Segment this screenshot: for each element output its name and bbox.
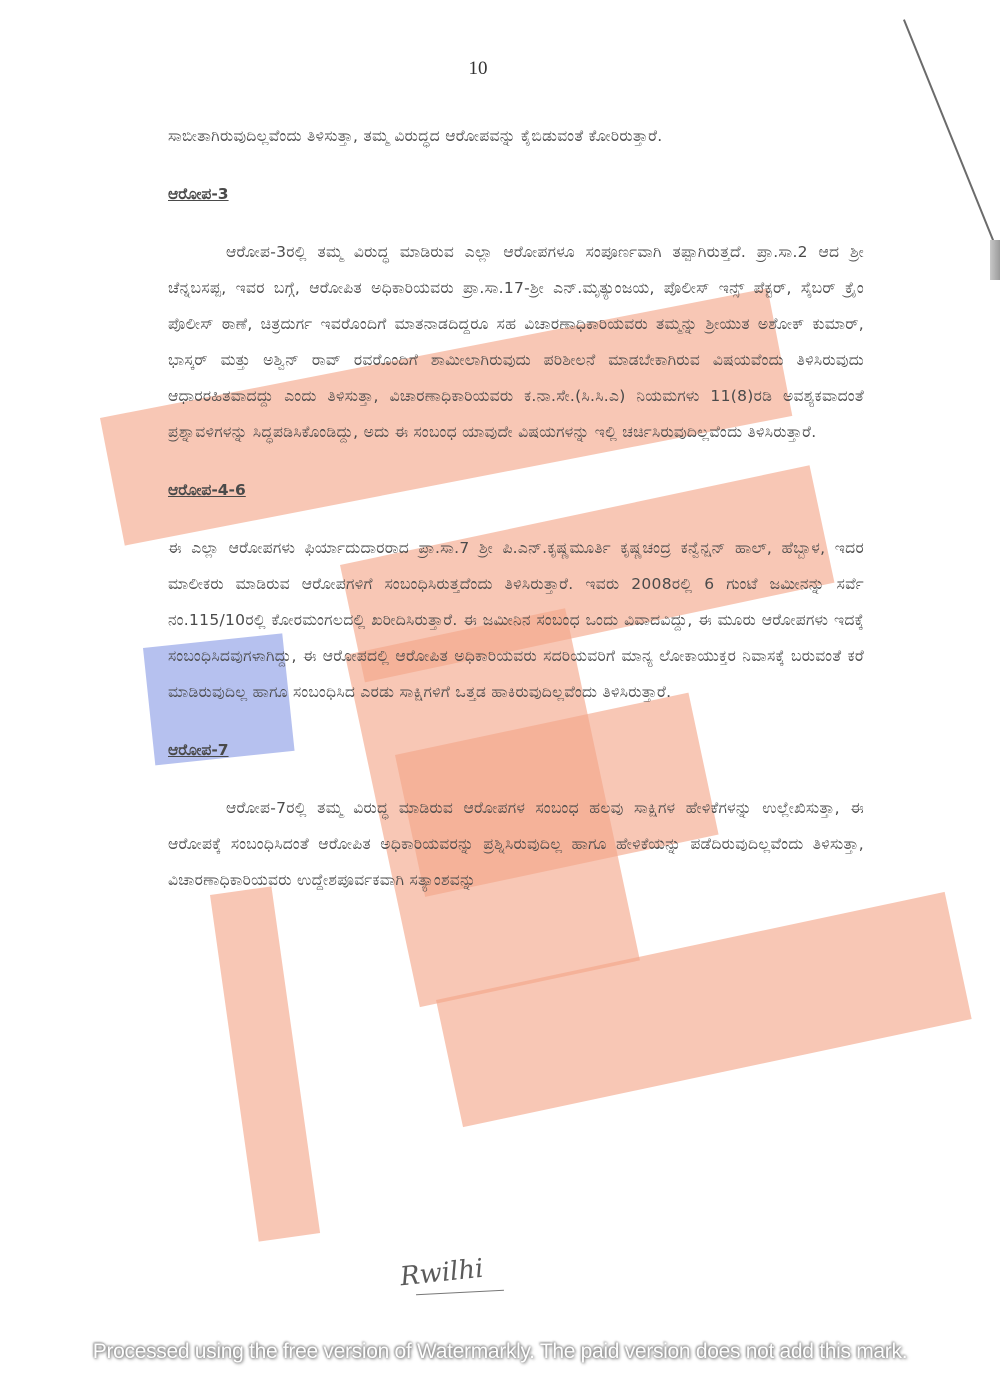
paragraph-charge-4-6: ಈ ಎಲ್ಲಾ ಆರೋಪಗಳು ಫಿರ್ಯಾದುದಾರರಾದ ಪ್ರಾ.ಸಾ.7…	[168, 530, 864, 710]
paragraph-continuation: ಸಾಬೀತಾಗಿರುವುದಿಲ್ಲವೆಂದು ತಿಳಿಸುತ್ತಾ, ತಮ್ಮ …	[168, 118, 864, 154]
heading-charge-3: ಆರೋಪ-3	[168, 176, 864, 212]
highlight-overlay-6	[436, 892, 972, 1127]
document-body: ಸಾಬೀತಾಗಿರುವುದಿಲ್ಲವೆಂದು ತಿಳಿಸುತ್ತಾ, ತಮ್ಮ …	[168, 118, 864, 898]
paragraph-charge-3: ಆರೋಪ-3ರಲ್ಲಿ ತಮ್ಮ ವಿರುದ್ಧ ಮಾಡಿರುವ ಎಲ್ಲಾ ಆ…	[168, 234, 864, 450]
highlight-overlay-5	[210, 886, 320, 1241]
paragraph-charge-7: ಆರೋಪ-7ರಲ್ಲಿ ತಮ್ಮ ವಿರುದ್ಧ ಮಾಡಿರುವ ಆರೋಪಗಳ …	[168, 790, 864, 898]
signature-underline	[416, 1290, 504, 1296]
watermark-text: Processed using the free version of Wate…	[0, 1340, 1000, 1364]
handwritten-signature: Rwilhi	[399, 1254, 485, 1293]
heading-charge-7: ಆರೋಪ-7	[168, 732, 864, 768]
page-fold-edge	[903, 19, 995, 242]
page-corner-shadow	[990, 240, 1000, 280]
page-number: 10	[0, 58, 956, 80]
heading-charge-4-6: ಆರೋಪ-4-6	[168, 472, 864, 508]
